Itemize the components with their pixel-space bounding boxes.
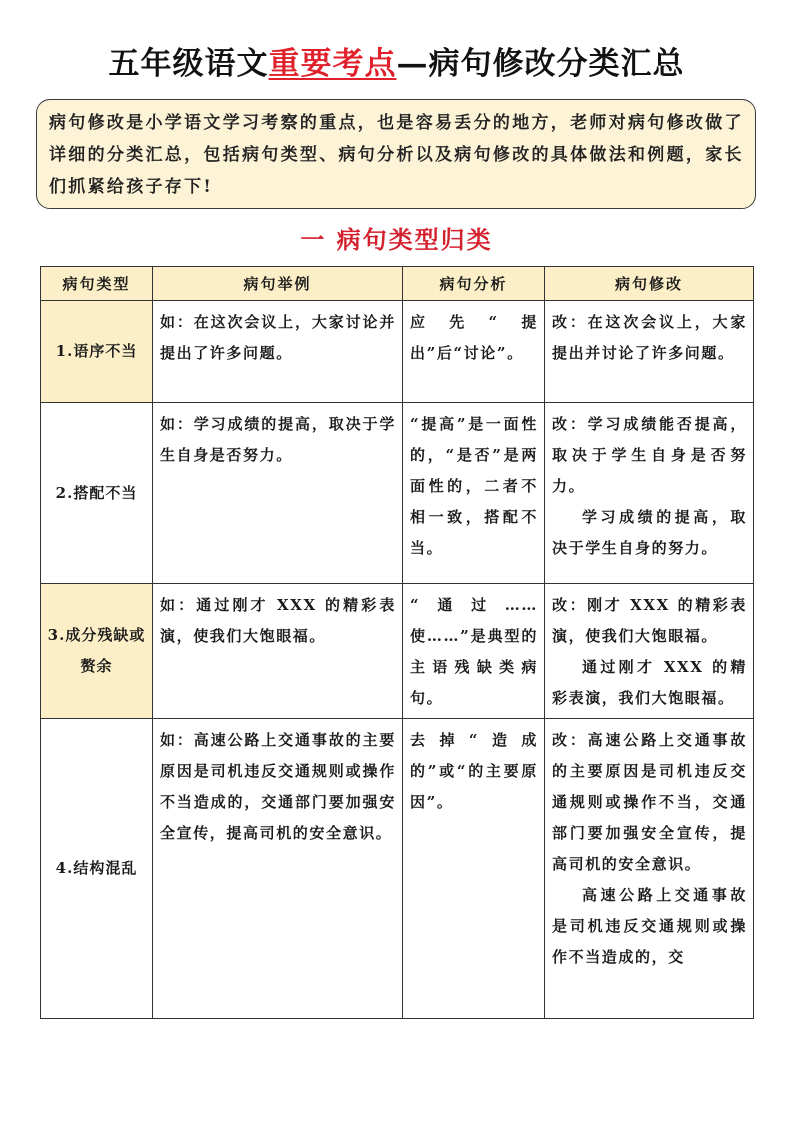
title-suffix: —病句修改分类汇总 [397,46,685,82]
error-types-table: 病句类型 病句举例 病句分析 病句修改 1.语序不当 如：在这次会议上，大家讨论… [40,266,754,1019]
header-example: 病句举例 [153,267,403,301]
fix-paragraph: 改：刚才 XXX 的精彩表演，使我们大饱眼福。 [552,590,747,652]
fix-paragraph: 学习成绩的提高，取决于学生自身的努力。 [552,502,747,564]
type-cell: 1.语序不当 [41,301,153,403]
analysis-cell: 应先“提出”后“讨论”。 [403,301,545,403]
analysis-cell: “提高”是一面性的，“是否”是两面性的，二者不相一致，搭配不当。 [403,403,545,584]
fix-cell: 改：刚才 XXX 的精彩表演，使我们大饱眼福。 通过刚才 XXX 的精彩表演，我… [545,584,754,719]
table-row: 3.成分残缺或赘余 如：通过刚才 XXX 的精彩表演，使我们大饱眼福。 “通过…… [41,584,754,719]
header-analysis: 病句分析 [403,267,545,301]
title-highlight: 重要考点 [269,46,397,82]
example-cell: 如：高速公路上交通事故的主要原因是司机违反交通规则或操作不当造成的，交通部门要加… [153,719,403,1019]
fix-paragraph: 通过刚才 XXX 的精彩表演，我们大饱眼福。 [552,652,747,714]
example-cell: 如：通过刚才 XXX 的精彩表演，使我们大饱眼福。 [153,584,403,719]
analysis-cell: 去掉“造成的”或“的主要原因”。 [403,719,545,1019]
table-header-row: 病句类型 病句举例 病句分析 病句修改 [41,267,754,301]
section-heading: 一 病句类型归类 [0,222,793,258]
type-cell: 2.搭配不当 [41,403,153,584]
table-row: 2.搭配不当 如：学习成绩的提高，取决于学生自身是否努力。 “提高”是一面性的，… [41,403,754,584]
fix-paragraph: 改：高速公路上交通事故的主要原因是司机违反交通规则或操作不当，交通部门要加强安全… [552,725,747,880]
fix-cell: 改：高速公路上交通事故的主要原因是司机违反交通规则或操作不当，交通部门要加强安全… [545,719,754,1019]
intro-callout: 病句修改是小学语文学习考察的重点，也是容易丢分的地方，老师对病句修改做了详细的分… [36,99,756,209]
example-cell: 如：学习成绩的提高，取决于学生自身是否努力。 [153,403,403,584]
fix-cell: 改：在这次会议上，大家提出并讨论了许多问题。 [545,301,754,403]
analysis-cell: “通过……使……”是典型的主语残缺类病句。 [403,584,545,719]
fix-paragraph: 改：在这次会议上，大家提出并讨论了许多问题。 [552,307,747,369]
fix-paragraph: 改：学习成绩能否提高，取决于学生自身是否努力。 [552,409,747,502]
table-row: 1.语序不当 如：在这次会议上，大家讨论并提出了许多问题。 应先“提出”后“讨论… [41,301,754,403]
type-cell: 4.结构混乱 [41,719,153,1019]
example-cell: 如：在这次会议上，大家讨论并提出了许多问题。 [153,301,403,403]
page-title: 五年级语文重要考点—病句修改分类汇总 [0,42,793,86]
header-type: 病句类型 [41,267,153,301]
table-row: 4.结构混乱 如：高速公路上交通事故的主要原因是司机违反交通规则或操作不当造成的… [41,719,754,1019]
fix-cell: 改：学习成绩能否提高，取决于学生自身是否努力。 学习成绩的提高，取决于学生自身的… [545,403,754,584]
fix-paragraph: 高速公路上交通事故是司机违反交通规则或操作不当造成的，交 [552,880,747,973]
title-prefix: 五年级语文 [109,46,269,82]
intro-text: 病句修改是小学语文学习考察的重点，也是容易丢分的地方，老师对病句修改做了详细的分… [49,113,744,197]
header-fix: 病句修改 [545,267,754,301]
type-cell: 3.成分残缺或赘余 [41,584,153,719]
